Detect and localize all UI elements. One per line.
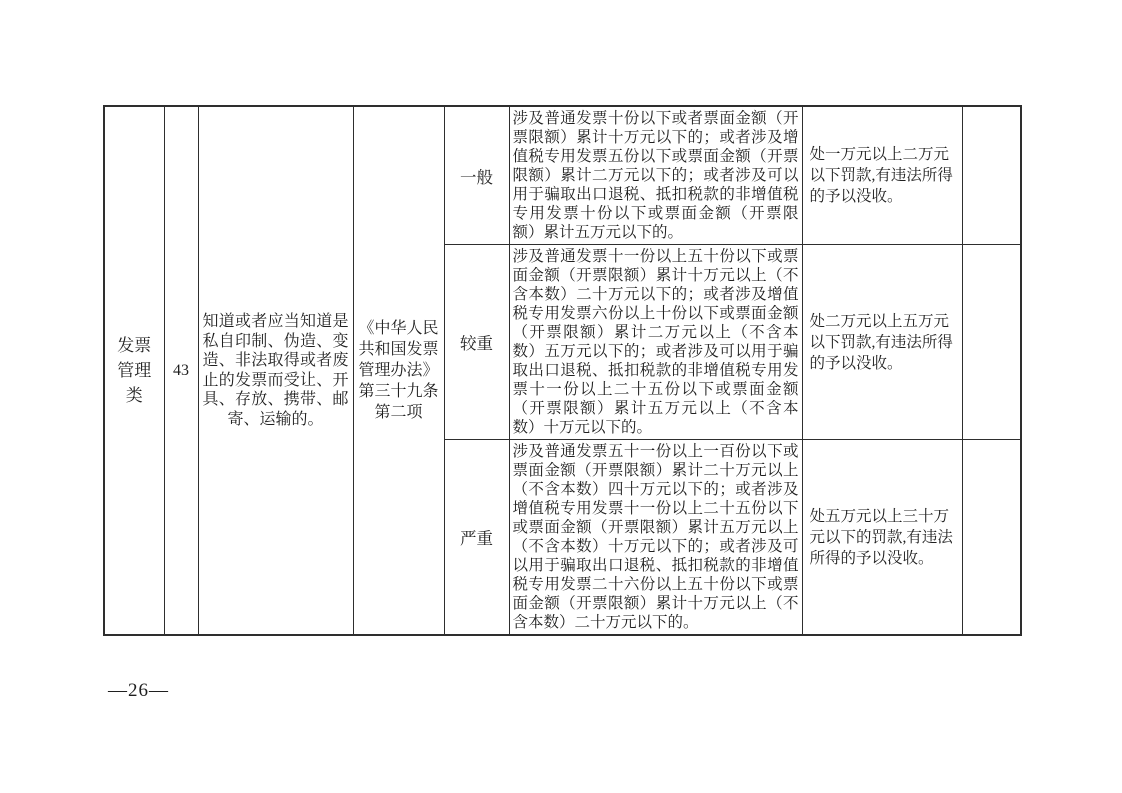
legal-basis-cell: 《中华人民共和国发票管理办法》第三十九条第二项: [353, 106, 444, 635]
remark-cell-moderate: [962, 245, 1021, 440]
severity-cell-general: 一般: [444, 106, 509, 245]
violation-description-cell: 知道或者应当知道是私自印制、伪造、变造、非法取得或者废止的发票而受让、开具、存放…: [198, 106, 353, 635]
penalty-cell-moderate: 处二万元以上五万元以下罚款,有违法所得的予以没收。: [802, 245, 962, 440]
category-cell: 发票管理类: [104, 106, 164, 635]
severity-cell-moderate: 较重: [444, 245, 509, 440]
page-number: —26—: [108, 680, 169, 702]
remark-cell-severe: [962, 440, 1021, 636]
penalty-cell-severe: 处五万元以上三十万元以下的罚款,有违法所得的予以没收。: [802, 440, 962, 636]
table-row: 发票管理类 43 知道或者应当知道是私自印制、伪造、变造、非法取得或者废止的发票…: [104, 106, 1021, 245]
circumstance-cell-moderate: 涉及普通发票十一份以上五十份以下或票面金额（开票限额）累计十万元以上（不含本数）…: [509, 245, 802, 440]
severity-cell-severe: 严重: [444, 440, 509, 636]
penalty-table: 发票管理类 43 知道或者应当知道是私自印制、伪造、变造、非法取得或者废止的发票…: [103, 105, 1022, 636]
circumstance-cell-general: 涉及普通发票十份以下或者票面金额（开票限额）累计十万元以下的；或者涉及增值税专用…: [509, 106, 802, 245]
circumstance-cell-severe: 涉及普通发票五十一份以上一百份以下或票面金额（开票限额）累计二十万元以上（不含本…: [509, 440, 802, 636]
document-page: 发票管理类 43 知道或者应当知道是私自印制、伪造、变造、非法取得或者废止的发票…: [0, 0, 1122, 793]
item-number-cell: 43: [164, 106, 198, 635]
penalty-cell-general: 处一万元以上二万元以下罚款,有违法所得的予以没收。: [802, 106, 962, 245]
remark-cell-general: [962, 106, 1021, 245]
